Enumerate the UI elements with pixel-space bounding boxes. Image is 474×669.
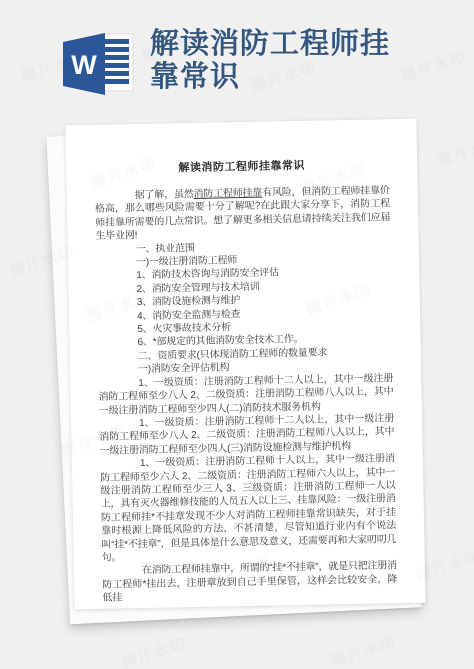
header: W 解读消防工程师挂靠常识 bbox=[0, 0, 474, 110]
paragraph: 1、一级资质：注册消防工程师十人以上，其中一级注册消防工程师至少六人 2、二级资… bbox=[100, 452, 397, 565]
document-body: 据了解，虽然消防工程师挂靠有风险，但消防工程师挂靠价格高，那么哪些风险需要十分了… bbox=[95, 184, 398, 605]
document-page: 解读消防工程师挂靠常识 据了解，虽然消防工程师挂靠有风险，但消防工程师挂靠价格高… bbox=[65, 119, 425, 610]
template-preview-page: { "page": { "background": "#f0f0f1" }, "… bbox=[0, 0, 474, 669]
paragraph: 1、一级资质：注册消防工程师十二人以上，其中一级注册消防工程师至少八人 2、二级… bbox=[98, 372, 394, 418]
paragraph: 在消防工程师挂靠中，所谓的“挂*不挂章”，就是只把注册消防工程师*挂出去，注册章… bbox=[102, 560, 398, 606]
document-title: 解读消防工程师挂靠常识 bbox=[94, 155, 389, 177]
word-icon: W bbox=[61, 31, 139, 97]
word-icon-letter: W bbox=[71, 50, 97, 80]
paragraph: 据了解，虽然消防工程师挂靠有风险，但消防工程师挂靠价格高，那么哪些风险需要十分了… bbox=[95, 184, 391, 243]
page-title: 解读消防工程师挂靠常识 bbox=[150, 28, 402, 94]
underlined-term: 消防工程师挂靠 bbox=[193, 188, 262, 200]
paragraph: 1、一级资质：注册消防工程师十二人以上，其中一级注册消防工程师至少八人 2、二级… bbox=[99, 412, 395, 458]
